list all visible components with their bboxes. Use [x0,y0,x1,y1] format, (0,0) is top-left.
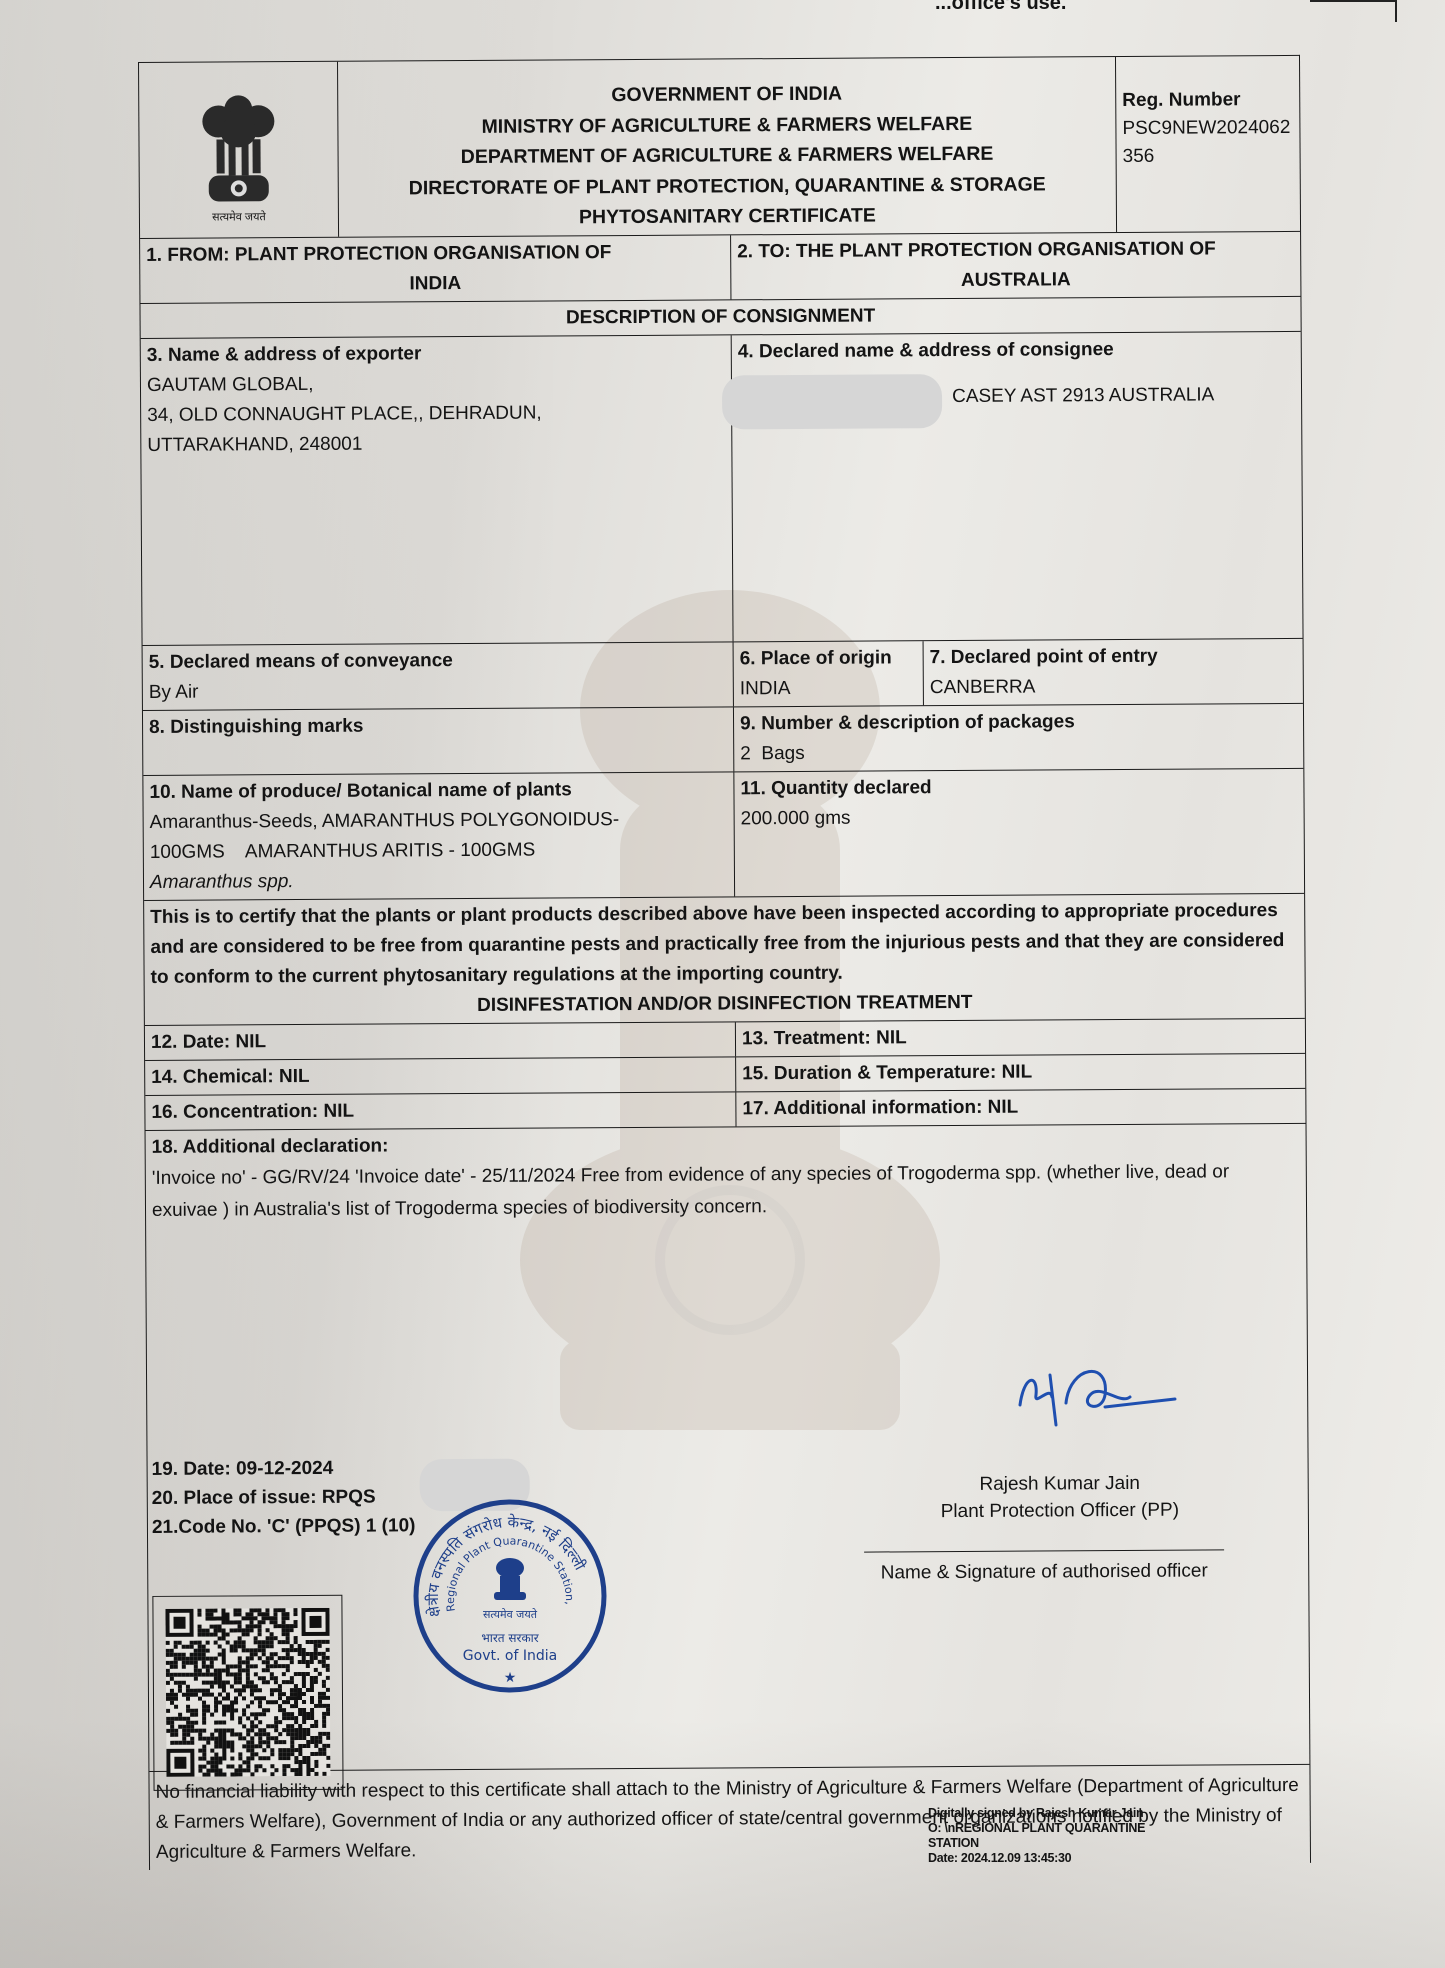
packages-label: 9. Number & description of packages [740,705,1297,738]
registration-number-cell: Reg. Number PSC9NEW2024062 356 [1115,56,1300,232]
header-line-department: DEPARTMENT OF AGRICULTURE & FARMERS WELF… [344,138,1109,173]
to-value: AUSTRALIA [737,263,1294,296]
official-stamp-icon: क्षेत्रीय वनस्पति संगरोध केन्द्र, नई दिल… [410,1496,610,1696]
origin-cell: 6. Place of origin INDIA [733,641,923,706]
digital-signature-line: O: \nREGIONAL PLANT QUARANTINE [928,1821,1145,1836]
to-cell: 2. TO: THE PLANT PROTECTION ORGANISATION… [730,231,1300,298]
treatment-chemical: 14. Chemical: NIL [145,1057,735,1095]
treatment-duration: 15. Duration & Temperature: NIL [735,1053,1305,1090]
exporter-line: GAUTAM GLOBAL, [147,367,725,401]
certification-statement: This is to certify that the plants or pl… [150,895,1299,992]
exporter-label: 3. Name & address of exporter [147,337,725,371]
produce-quantity-row: 10. Name of produce/ Botanical name of p… [143,768,1304,900]
certificate-header: सत्यमेव जयते GOVERNMENT OF INDIA MINISTR… [139,56,1300,239]
exporter-line: 34, OLD CONNAUGHT PLACE,, DEHRADUN, [147,397,725,431]
treatment-additional-info: 17. Additional information: NIL [735,1088,1305,1125]
produce-label: 10. Name of produce/ Botanical name of p… [149,774,727,808]
to-label: 2. TO: THE PLANT PROTECTION ORGANISATION… [737,233,1294,266]
phytosanitary-certificate: सत्यमेव जयते GOVERNMENT OF INDIA MINISTR… [138,55,1311,1870]
certificate-title: PHYTOSANITARY CERTIFICATE [345,199,1110,234]
officer-block: Rajesh Kumar Jain Plant Protection Offic… [910,1469,1210,1525]
packages-value: 2 Bags [740,735,1297,768]
reg-number-label: Reg. Number [1122,86,1293,115]
additional-declaration-text: 'Invoice no' - GG/RV/24 'Invoice date' -… [152,1155,1300,1226]
issue-code: 21.Code No. 'C' (PPQS) 1 (10) [152,1511,416,1542]
signature-caption: Name & Signature of authorised officer [864,1556,1224,1588]
emblem-motto: सत्यमेव जयते [212,209,266,224]
from-value: INDIA [146,267,724,301]
conveyance-cell: 5. Declared means of conveyance By Air [143,642,733,710]
marks-packages-row: 8. Distinguishing marks 9. Number & desc… [143,703,1303,775]
treatment-type: 13. Treatment: NIL [735,1018,1305,1055]
verification-qr-code[interactable] [152,1594,343,1790]
exporter-line: UTTARAKHAND, 248001 [147,427,725,461]
origin-value: INDIA [740,673,917,704]
header-title-block: GOVERNMENT OF INDIA MINISTRY OF AGRICULT… [337,57,1116,236]
corner-line [1310,0,1396,2]
national-emblem-icon [198,87,279,207]
marks-value [149,739,727,773]
qr-code-icon [165,1607,330,1776]
stamp-bottom-hindi: भारत सरकार [481,1631,539,1645]
produce-line: Amaranthus-Seeds, AMARANTHUS POLYGONOIDU… [150,804,728,838]
botanical-name: Amaranthus spp. [150,864,728,898]
origin-label: 6. Place of origin [740,643,917,674]
corner-line [1395,0,1397,22]
handwritten-signature-icon [1010,1355,1180,1435]
quantity-value: 200.000 gms [741,800,1298,833]
issue-details: 19. Date: 09-12-2024 20. Place of issue:… [152,1453,416,1542]
previous-page-fragment: ...office's use. [935,0,1066,15]
quantity-label: 11. Quantity declared [740,770,1297,803]
treatment-date: 12. Date: NIL [145,1022,735,1060]
consignee-cell: 4. Declared name & address of consignee … [731,331,1303,640]
certification-row: This is to certify that the plants or pl… [144,893,1305,1025]
marks-cell: 8. Distinguishing marks [143,707,733,775]
treatment-concentration: 16. Concentration: NIL [145,1092,735,1130]
signature-line [864,1549,1224,1552]
produce-line: 100GMS AMARANTHUS ARITIS - 100GMS [150,834,728,868]
header-line-directorate: DIRECTORATE OF PLANT PROTECTION, QUARANT… [345,169,1110,204]
digital-signature-block: Digitally signed by Rajesh Kumar Jain O:… [928,1806,1145,1866]
emblem-cell: सत्यमेव जयते [139,62,338,229]
issue-date: 19. Date: 09-12-2024 [152,1453,416,1484]
header-line-ministry: MINISTRY OF AGRICULTURE & FARMERS WELFAR… [344,108,1109,143]
exporter-consignee-row: 3. Name & address of exporter GAUTAM GLO… [141,331,1303,645]
conveyance-label: 5. Declared means of conveyance [149,644,727,678]
entry-value: CANBERRA [930,670,1297,702]
stamp-star-icon: ★ [504,1669,517,1685]
entry-label: 7. Declared point of entry [930,640,1297,672]
conveyance-value: By Air [149,674,727,708]
digital-signature-line: Date: 2024.12.09 13:45:30 [928,1851,1145,1866]
packages-cell: 9. Number & description of packages 2 Ba… [733,703,1303,770]
reg-number-value-1: PSC9NEW2024062 [1122,114,1293,143]
digital-signature-line: STATION [928,1836,1145,1851]
redaction-mark [722,374,942,429]
entry-cell: 7. Declared point of entry CANBERRA [923,638,1303,704]
from-to-row: 1. FROM: PLANT PROTECTION ORGANISATION O… [140,231,1300,303]
declaration-issuance-row: 18. Additional declaration: 'Invoice no'… [146,1123,1310,1771]
officer-name: Rajesh Kumar Jain [910,1469,1210,1498]
produce-cell: 10. Name of produce/ Botanical name of p… [143,772,734,900]
issue-place: 20. Place of issue: RPQS [152,1482,416,1513]
consignee-label: 4. Declared name & address of consignee [738,333,1295,366]
reg-number-value-2: 356 [1123,142,1294,171]
exporter-cell: 3. Name & address of exporter GAUTAM GLO… [141,335,733,645]
section-heading-consignment: DESCRIPTION OF CONSIGNMENT [140,296,1300,337]
stamp-motto: सत्यमेव जयते [483,1608,538,1621]
stamp-bottom-english: Govt. of India [463,1648,557,1664]
digital-signature-line: Digitally signed by Rajesh Kumar Jain [928,1806,1145,1821]
header-line-government: GOVERNMENT OF INDIA [344,77,1109,112]
from-cell: 1. FROM: PLANT PROTECTION ORGANISATION O… [140,235,730,303]
quantity-cell: 11. Quantity declared 200.000 gms [733,768,1304,895]
conveyance-row: 5. Declared means of conveyance By Air 6… [143,638,1303,710]
from-label: 1. FROM: PLANT PROTECTION ORGANISATION O… [146,237,724,271]
officer-title: Plant Protection Officer (PP) [910,1496,1210,1525]
marks-label: 8. Distinguishing marks [149,709,727,743]
